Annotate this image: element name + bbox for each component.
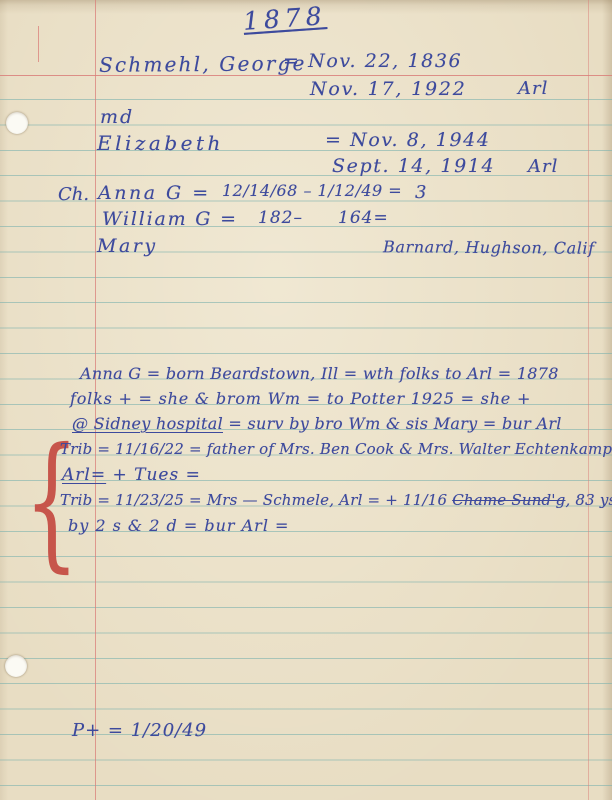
child1-name: Anna G = [98,182,211,204]
husband-burial-place: Arl [518,78,548,99]
note-line-3-rest: = surv by bro Wm & sis Mary = bur Arl [223,414,562,433]
husband-birth-date: = Nov. 22, 1836 [283,50,462,72]
child1-number: 3 [415,182,426,203]
child2-death: 164= [338,208,389,228]
note-line-4-tribune: Trib = 11/16/22 = father of Mrs. Ben Coo… [60,440,612,458]
note-line-3: @ Sidney hospital = surv by bro Wm & sis… [72,414,562,433]
note-line-5-underlined: Arl= [62,465,106,485]
footer-date-note: P+ = 1/20/49 [72,720,207,741]
punch-hole-top [6,112,28,134]
note-line-6-tribune: Trib = 11/23/25 = Mrs — Schmele, Arl = +… [60,491,612,509]
note-line-2: folks + = she & brom Wm = to Potter 1925… [70,389,531,408]
child2-birth: 182– [258,208,303,228]
married-label: md [100,106,134,128]
note-line-6-pre: Trib = 11/23/25 = Mrs — Schmele, Arl = +… [60,491,452,509]
top-margin-red-line [0,75,612,76]
child1-dates: 12/14/68 – 1/12/49 = [222,181,402,200]
right-margin-red-line [588,0,589,800]
children-label: Ch. [58,184,89,205]
note-line-6-struck-text: Chame Sund'g [452,491,565,509]
wife-burial-place: Arl [528,156,558,177]
page-title-year: 1878 [242,1,327,36]
child2-name: William G = [102,208,238,230]
child3-name: Mary [97,235,158,257]
wife-birth-date: = Nov. 8, 1944 [325,129,491,151]
note-line-7: by 2 s & 2 d = bur Arl = [68,516,289,535]
note-line-1: Anna G = born Beardstown, Ill = wth folk… [80,364,559,383]
note-line-5: Arl= + Tues = [62,465,201,485]
wife-name: Elizabeth [97,131,224,155]
wife-death-date: Sept. 14, 1914 [332,155,495,177]
husband-name: Schmehl, George [99,51,307,77]
child3-residence-note: Barnard, Hughson, Calif [383,237,595,257]
note-line-6-post: , 83 ys = sur [565,491,612,509]
notebook-page-scan: { 1878 Schmehl, George = Nov. 22, 1836 N… [0,0,612,800]
short-red-line-segment [38,26,39,62]
punch-hole-bottom [5,655,27,677]
husband-death-date: Nov. 17, 1922 [310,78,467,100]
note-line-5-rest: + Tues = [106,465,201,485]
note-line-3-underlined: @ Sidney hospital [72,414,223,433]
